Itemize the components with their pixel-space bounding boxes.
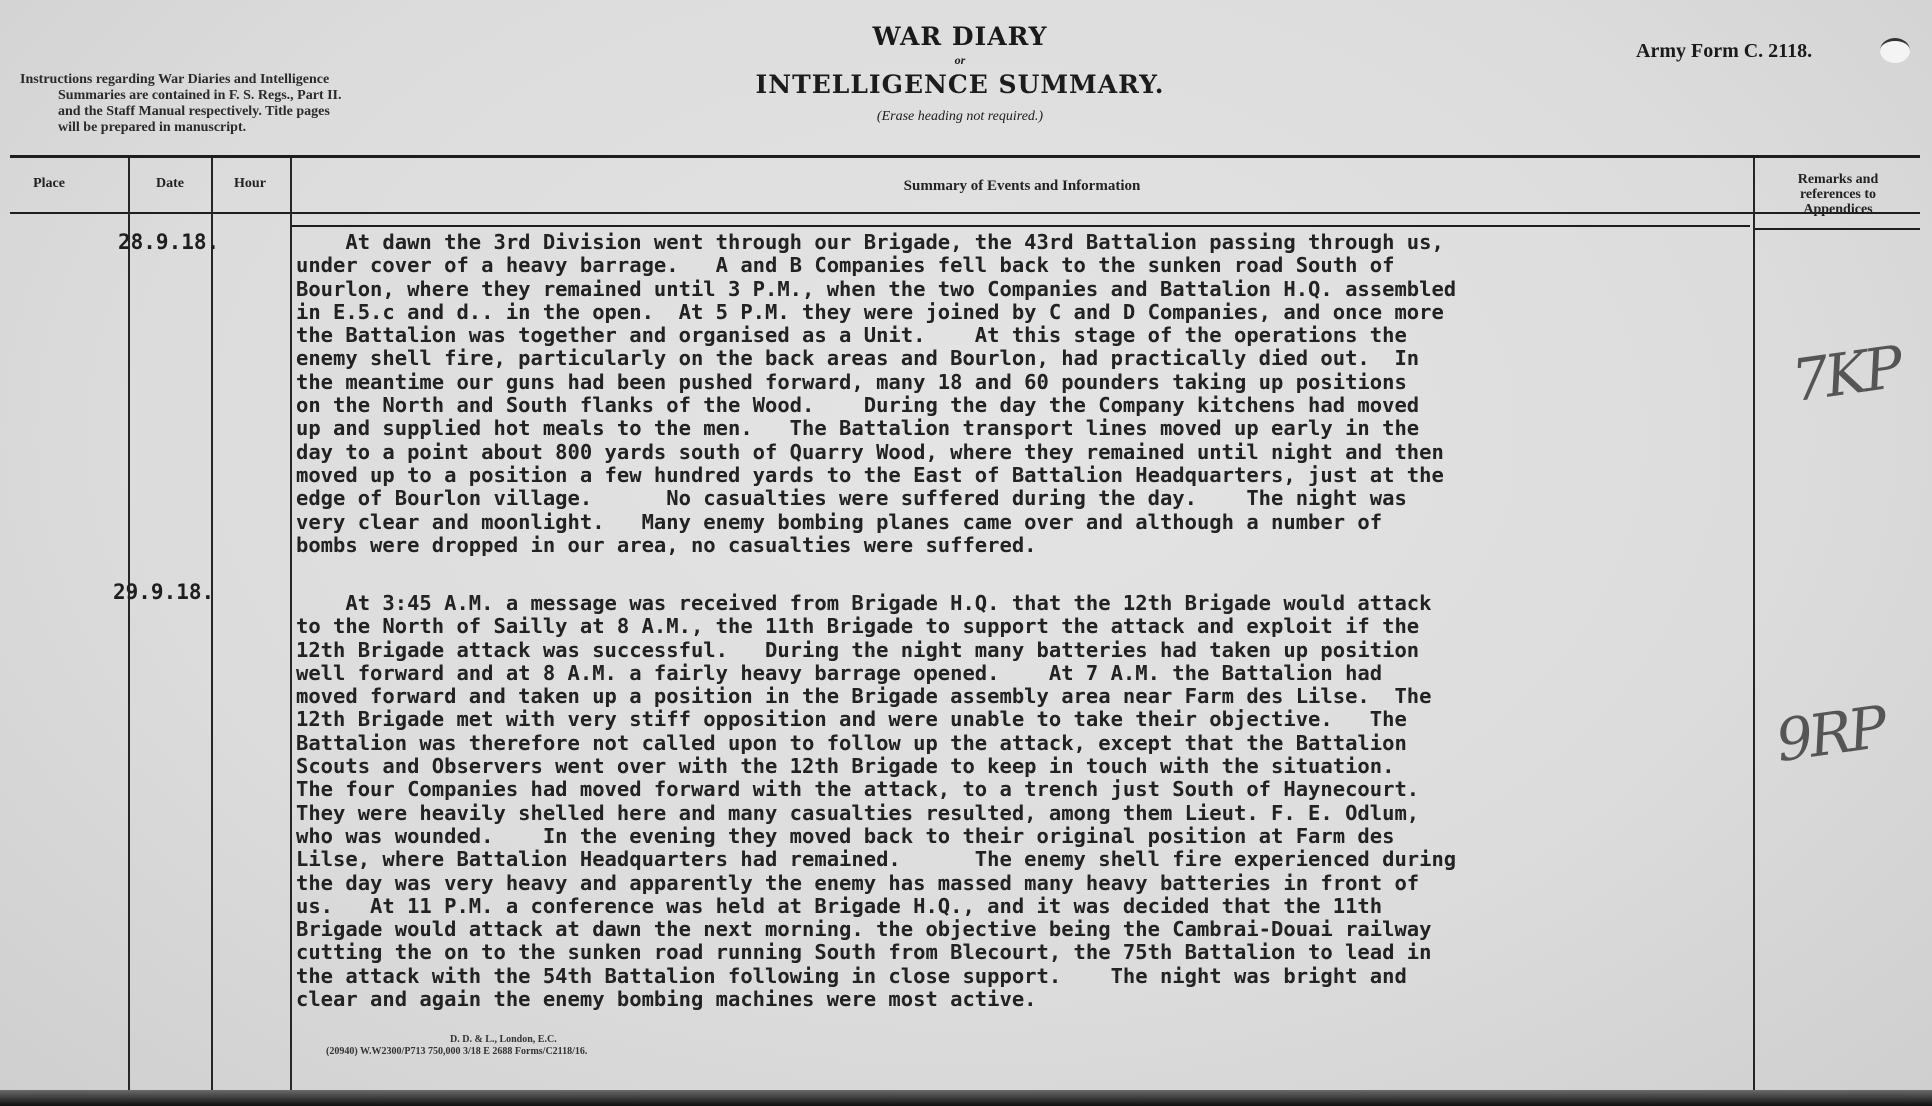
entry-line: Scouts and Observers went over with the … <box>296 755 1756 778</box>
entry-line: the meantime our guns had been pushed fo… <box>296 371 1756 394</box>
instructions-line: Summaries are contained in F. S. Regs., … <box>20 88 490 104</box>
column-header-summary: Summary of Events and Information <box>292 178 1752 195</box>
diary-entry: At dawn the 3rd Division went through ou… <box>296 231 1756 557</box>
entry-line: 12th Brigade met with very stiff opposit… <box>296 708 1756 731</box>
entry-line: At dawn the 3rd Division went through ou… <box>296 231 1756 254</box>
handwritten-remark: 9RP <box>1772 693 1888 775</box>
entry-line: the Battalion was together and organised… <box>296 324 1756 347</box>
instructions-line: and the Staff Manual respectively. Title… <box>20 104 490 120</box>
instructions-line: Instructions regarding War Diaries and I… <box>20 72 490 88</box>
header-bottom-rule <box>10 212 1920 214</box>
entry-line: the attack with the 54th Battalion follo… <box>296 965 1756 988</box>
heading-note: (Erase heading not required.) <box>680 109 1240 125</box>
instructions-line: will be prepared in manuscript. <box>20 120 490 136</box>
remarks-header-rule <box>1754 228 1920 230</box>
entry-line: Bourlon, where they remained until 3 P.M… <box>296 278 1756 301</box>
entry-line: The four Companies had moved forward wit… <box>296 778 1756 801</box>
entry-line: to the North of Sailly at 8 A.M., the 11… <box>296 615 1756 638</box>
form-instructions: Instructions regarding War Diaries and I… <box>20 72 490 136</box>
title-conjunction: or <box>680 53 1240 68</box>
entry-line: They were heavily shelled here and many … <box>296 802 1756 825</box>
entry-line: 12th Brigade attack was successful. Duri… <box>296 639 1756 662</box>
page-subtitle: INTELLIGENCE SUMMARY. <box>680 70 1240 99</box>
entry-line: clear and again the enemy bombing machin… <box>296 988 1756 1011</box>
entry-line: up and supplied hot meals to the men. Th… <box>296 417 1756 440</box>
entry-line: bombs were dropped in our area, no casua… <box>296 534 1756 557</box>
column-header-remarks: Remarks and references to Appendices <box>1756 172 1920 217</box>
page-bottom-edge <box>0 1090 1932 1106</box>
war-diary-page: Instructions regarding War Diaries and I… <box>0 0 1932 1090</box>
entry-line: on the North and South flanks of the Woo… <box>296 394 1756 417</box>
entry-line: Lilse, where Battalion Headquarters had … <box>296 848 1756 871</box>
printer-imprint: D. D. & L., London, E.C. (20940) W.W2300… <box>326 1034 587 1058</box>
entry-line: under cover of a heavy barrage. A and B … <box>296 254 1756 277</box>
entry-line: us. At 11 P.M. a conference was held at … <box>296 895 1756 918</box>
entry-line: edge of Bourlon village. No casualties w… <box>296 487 1756 510</box>
column-header-hour: Hour <box>212 176 288 192</box>
entry-line: enemy shell fire, particularly on the ba… <box>296 347 1756 370</box>
column-divider-place-date <box>128 158 130 1090</box>
entry-line: day to a point about 800 yards south of … <box>296 441 1756 464</box>
entry-line: moved up to a position a few hundred yar… <box>296 464 1756 487</box>
form-heading: WAR DIARY or INTELLIGENCE SUMMARY. (Eras… <box>680 22 1240 125</box>
entry-line: who was wounded. In the evening they mov… <box>296 825 1756 848</box>
column-divider-hour-summary <box>290 158 292 1090</box>
army-form-number: Army Form C. 2118. <box>1636 40 1812 63</box>
entry-line: very clear and moonlight. Many enemy bom… <box>296 511 1756 534</box>
entry-line: well forward and at 8 A.M. a fairly heav… <box>296 662 1756 685</box>
entry-date: 28.9.18. <box>118 230 219 254</box>
entry-line: the day was very heavy and apparently th… <box>296 872 1756 895</box>
entry-line: Battalion was therefore not called upon … <box>296 732 1756 755</box>
summary-header-rule <box>290 225 1750 227</box>
entry-line: cutting the on to the sunken road runnin… <box>296 941 1756 964</box>
punch-hole-mark <box>1880 38 1910 63</box>
column-header-date: Date <box>130 176 210 192</box>
entry-line: in E.5.c and d.. in the open. At 5 P.M. … <box>296 301 1756 324</box>
column-header-place: Place <box>14 176 84 192</box>
entry-line: moved forward and taken up a position in… <box>296 685 1756 708</box>
page-title: WAR DIARY <box>680 22 1240 51</box>
handwritten-remark: 7KP <box>1788 333 1904 415</box>
column-divider-date-hour <box>211 158 213 1090</box>
header-top-rule <box>10 155 1920 158</box>
diary-entry: At 3:45 A.M. a message was received from… <box>296 592 1756 1011</box>
entry-line: Brigade would attack at dawn the next mo… <box>296 918 1756 941</box>
entry-line: At 3:45 A.M. a message was received from… <box>296 592 1756 615</box>
entry-date: 29.9.18. <box>113 580 214 604</box>
